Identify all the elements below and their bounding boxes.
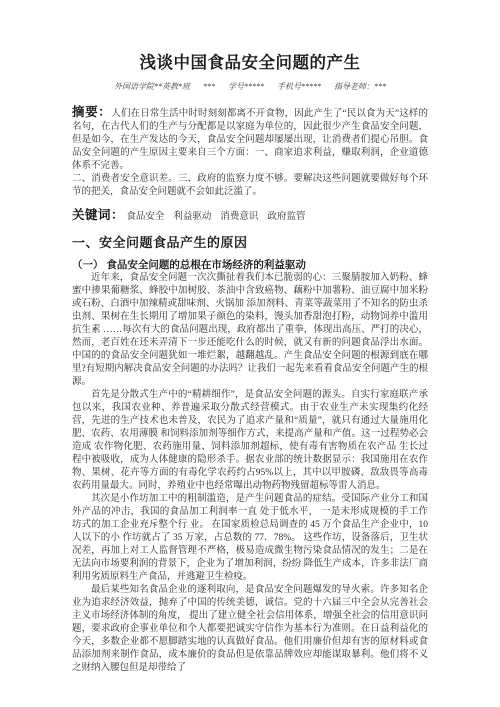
- abstract-label: 摘要：: [72, 105, 111, 119]
- sub-heading: （一） 食品安全问题的总根在市场经济的利益驱动: [72, 258, 428, 272]
- page-title: 浅谈中国食品安全问题的产生: [72, 52, 428, 74]
- keyword-item: 利益驱动: [173, 212, 211, 222]
- document-content: 浅谈中国食品安全问题的产生 外国语学院**英教*班 *** 学号***** 手机…: [72, 52, 428, 675]
- keyword-item: 食品安全: [126, 212, 164, 222]
- byline: 外国语学院**英教*班 *** 学号***** 手机号***** 指导老师：**…: [72, 81, 428, 93]
- byline-advisor: 指导老师：***: [334, 81, 386, 93]
- body-paragraph-3: 其次是小作坊加工中的粗制滥造，是产生问题食品的症结。受国际产业分工和国外产品的冲…: [72, 493, 428, 584]
- keywords-line: 关键词： 食品安全利益驱动消费意识政府监管: [72, 208, 428, 224]
- byline-affiliation: 外国语学院**英教*班: [114, 81, 190, 93]
- byline-author: ***: [203, 81, 215, 93]
- byline-phone: 手机号*****: [277, 81, 321, 93]
- abstract-text: 人们在日常生活中时时刻刻都离不开食物，因此产生了“民以食为天”这样的名句，在古代…: [72, 109, 428, 197]
- abstract-paragraph: 摘要：人们在日常生活中时时刻刻都离不开食物，因此产生了“民以食为天”这样的名句，…: [72, 106, 428, 199]
- keyword-item: 政府监管: [267, 212, 305, 222]
- document-page: 浅谈中国食品安全问题的产生 外国语学院**英教*班 *** 学号***** 手机…: [0, 0, 500, 707]
- byline-student-id: 学号*****: [228, 81, 264, 93]
- keyword-item: 消费意识: [220, 212, 258, 222]
- body-paragraph-2: 首先是分散式生产中的“精耕细作”，是食品安全问题的源头。自实行家庭联产承包以来，…: [72, 389, 428, 493]
- section-heading: 一、安全问题食品产生的原因: [72, 234, 428, 251]
- body-paragraph-1: 近年来，食品安全问题一次次撕扯着我们本已脆弱的心：三聚腈胺加入奶粉、蜂蜜中掺果葡…: [72, 272, 428, 389]
- keywords-label: 关键词：: [72, 208, 124, 222]
- body-paragraph-4: 最后某些知名食品企业的逐利取向，是食品安全问题爆发的导火索。许多知名企业为追求经…: [72, 584, 428, 675]
